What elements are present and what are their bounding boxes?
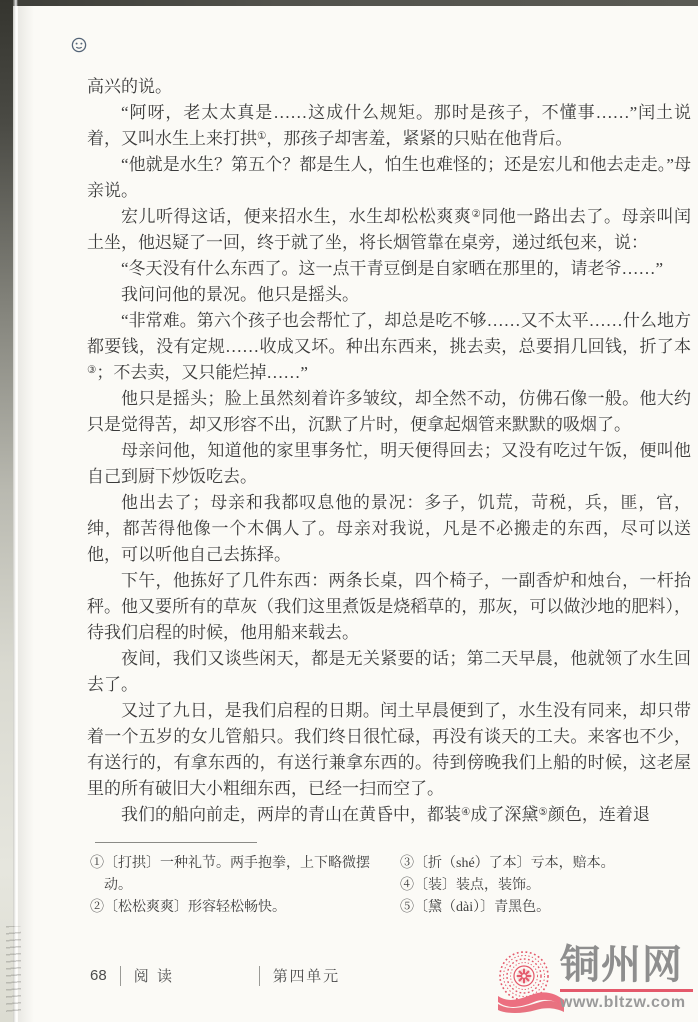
page-edge-shadow	[18, 0, 34, 1022]
footnote-item: ①〔打拱〕一种礼节。两手抱拳，上下略微摆动。	[90, 853, 378, 897]
paragraph: 我问问他的景况。他只是摇头。	[87, 282, 691, 308]
footnotes: ①〔打拱〕一种礼节。两手抱拳，上下略微摆动。 ②〔松松爽爽〕形容轻松畅快。 ③〔…	[90, 853, 668, 919]
story-text: 高兴的说。 “阿呀，老太太真是……这成什么规矩。那时是孩子，不懂事……”闰土说着…	[87, 74, 691, 828]
paragraph: “冬天没有什么东西了。这一点干青豆倒是自家晒在那里的，请老爷……”	[87, 256, 691, 282]
footer-divider-bar	[120, 966, 121, 986]
footer-divider-bar	[259, 966, 260, 986]
paragraph: 下午，他拣好了几件东西：两条长桌，四个椅子，一副香炉和烛台，一杆抬秤。他又要所有…	[87, 568, 691, 646]
page-number: 68	[90, 967, 107, 984]
scan-pencil-marks	[6, 926, 21, 1012]
footnote-item: ②〔松松爽爽〕形容轻松畅快。	[90, 897, 378, 919]
paragraph: 母亲问他，知道他的家里事务忙，明天便得回去；又没有吃过午饭，便叫他自己到厨下炒饭…	[87, 438, 691, 490]
textbook-page: 高兴的说。 “阿呀，老太太真是……这成什么规矩。那时是孩子，不懂事……”闰土说着…	[0, 0, 698, 1022]
paragraph: 又过了九日，是我们启程的日期。闰土早晨便到了，水生没有同来，却只带着一个五岁的女…	[87, 698, 691, 802]
watermark-underline	[560, 989, 693, 992]
page-footer: 68 阅读 第四单元	[90, 965, 340, 986]
footnote-divider	[95, 842, 257, 843]
smiley-face-icon	[71, 37, 87, 53]
watermark: 铜州网 www.bltzw.com	[496, 940, 698, 1020]
paragraph: 他只是摇头；脸上虽然刻着许多皱纹，却全然不动，仿佛石像一般。他大约只是觉得苦，却…	[87, 386, 691, 438]
paragraph: 夜间，我们又谈些闲天，都是无关紧要的话；第二天早晨，他就领了水生回去了。	[87, 646, 691, 698]
footnote-item: ③〔折（shé）了本〕亏本，赔本。	[400, 853, 668, 875]
paragraph: “阿呀，老太太真是……这成什么规矩。那时是孩子，不懂事……”闰土说着，又叫水生上…	[87, 100, 691, 152]
footnote-item: ④〔装〕装点，装饰。	[400, 875, 668, 897]
footnote-column-right: ③〔折（shé）了本〕亏本，赔本。 ④〔装〕装点，装饰。 ⑤〔黛（dài）〕青黑…	[400, 853, 668, 919]
paragraph: 他出去了；母亲和我都叹息他的景况：多子，饥荒，苛税，兵，匪，官，绅，都苦得他像一…	[87, 490, 691, 568]
paragraph: 宏儿听得这话，便来招水生，水生却松松爽爽②同他一路出去了。母亲叫闰土坐，他迟疑了…	[87, 204, 691, 256]
scan-edge-top	[0, 0, 698, 6]
scan-edge-left	[0, 0, 13, 1022]
footnote-column-left: ①〔打拱〕一种礼节。两手抱拳，上下略微摆动。 ②〔松松爽爽〕形容轻松畅快。	[90, 853, 378, 919]
section-label: 阅读	[134, 965, 246, 986]
watermark-site-name: 铜州网	[560, 944, 698, 986]
footnote-item: ⑤〔黛（dài）〕青黑色。	[400, 897, 668, 919]
paragraph: 我们的船向前走，两岸的青山在黄昏中，都装④成了深黛⑤颜色，连着退	[87, 802, 691, 828]
watermark-text: 铜州网 www.bltzw.com	[560, 944, 698, 1012]
paragraph: “他就是水生？第五个？都是生人，怕生也难怪的；还是宏儿和他去走走。”母亲说。	[87, 152, 691, 204]
paragraph: 高兴的说。	[87, 74, 691, 100]
paragraph: “非常难。第六个孩子也会帮忙了，却总是吃不够……又不太平……什么地方都要钱，没有…	[87, 308, 691, 386]
watermark-site-url: www.bltzw.com	[560, 994, 698, 1012]
unit-label: 第四单元	[273, 965, 340, 986]
seal-rosette-icon	[496, 950, 566, 1018]
